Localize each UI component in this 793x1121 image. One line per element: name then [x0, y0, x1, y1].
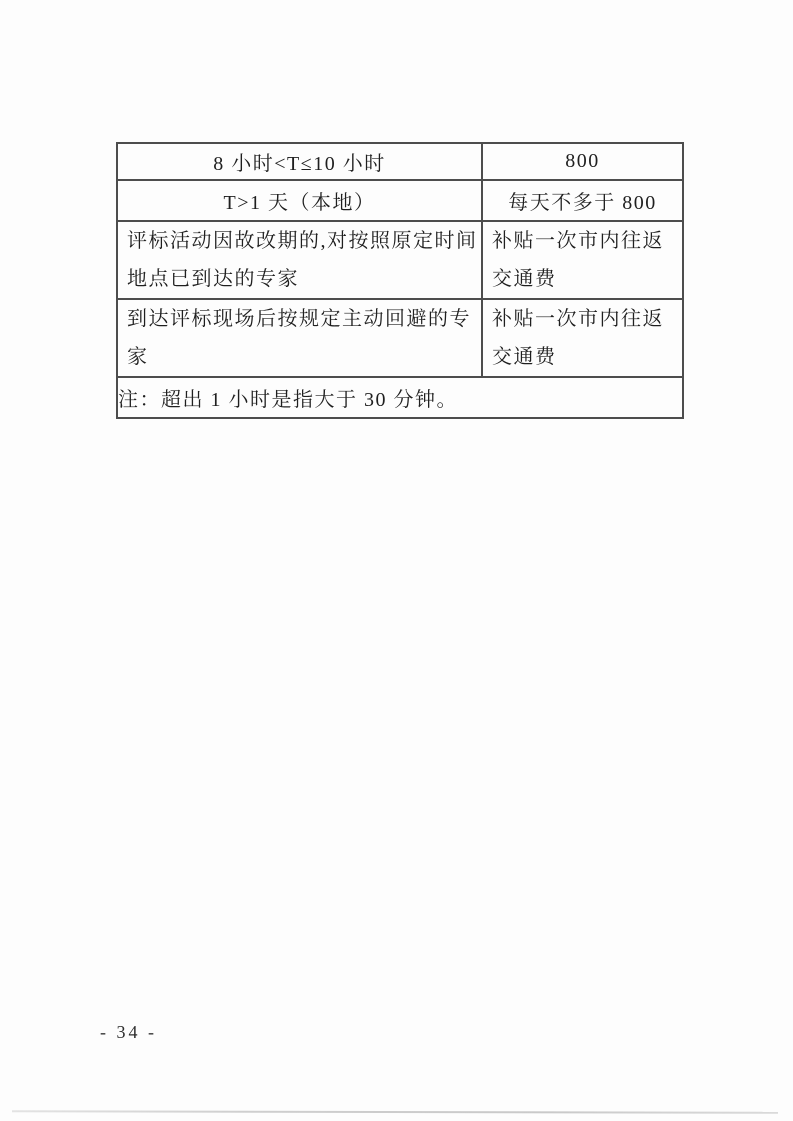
- condition-text-line: 评标活动因故改期的,对按照原定时间: [118, 222, 481, 260]
- condition-text-line: 家: [118, 338, 481, 376]
- subsidy-amount-text: 每天不多于 800: [483, 186, 682, 215]
- table-row: 8 小时<T≤10 小时 800: [117, 143, 683, 180]
- subsidy-text-line: 补贴一次市内往返: [483, 222, 682, 260]
- transport-subsidy-cell: 补贴一次市内往返 交通费: [482, 221, 683, 299]
- transport-subsidy-cell: 补贴一次市内往返 交通费: [482, 299, 683, 377]
- table-footnote-cell: 注：超出 1 小时是指大于 30 分钟。: [117, 377, 683, 418]
- table-row: T>1 天（本地） 每天不多于 800: [117, 180, 683, 221]
- subsidy-text-line: 交通费: [483, 338, 682, 376]
- scan-edge-line: [12, 1110, 778, 1114]
- condition-text-line: 地点已到达的专家: [118, 260, 481, 298]
- subsidy-amount-cell: 800: [482, 143, 683, 180]
- duration-condition-text: 8 小时<T≤10 小时: [118, 147, 481, 176]
- subsidy-text-line: 交通费: [483, 260, 682, 298]
- subsidy-amount-text: 800: [483, 150, 682, 173]
- condition-text-line: 到达评标现场后按规定主动回避的专: [118, 300, 481, 338]
- subsidy-text-line: 补贴一次市内往返: [483, 300, 682, 338]
- duration-condition-text: T>1 天（本地）: [118, 186, 481, 215]
- duration-condition-cell: 8 小时<T≤10 小时: [117, 143, 482, 180]
- table-row: 评标活动因故改期的,对按照原定时间 地点已到达的专家 补贴一次市内往返 交通费: [117, 221, 683, 299]
- subsidy-amount-cell: 每天不多于 800: [482, 180, 683, 221]
- duration-condition-cell: T>1 天（本地）: [117, 180, 482, 221]
- table-row: 到达评标现场后按规定主动回避的专 家 补贴一次市内往返 交通费: [117, 299, 683, 377]
- postponement-condition-cell: 评标活动因故改期的,对按照原定时间 地点已到达的专家: [117, 221, 482, 299]
- scanned-document-page: 8 小时<T≤10 小时 800 T>1 天（本地） 每天不多于 800 评标活…: [0, 0, 793, 1121]
- expert-subsidy-fee-table: 8 小时<T≤10 小时 800 T>1 天（本地） 每天不多于 800 评标活…: [116, 142, 684, 419]
- table-note-row: 注：超出 1 小时是指大于 30 分钟。: [117, 377, 683, 418]
- page-number: - 34 -: [100, 1022, 157, 1043]
- recusal-condition-cell: 到达评标现场后按规定主动回避的专 家: [117, 299, 482, 377]
